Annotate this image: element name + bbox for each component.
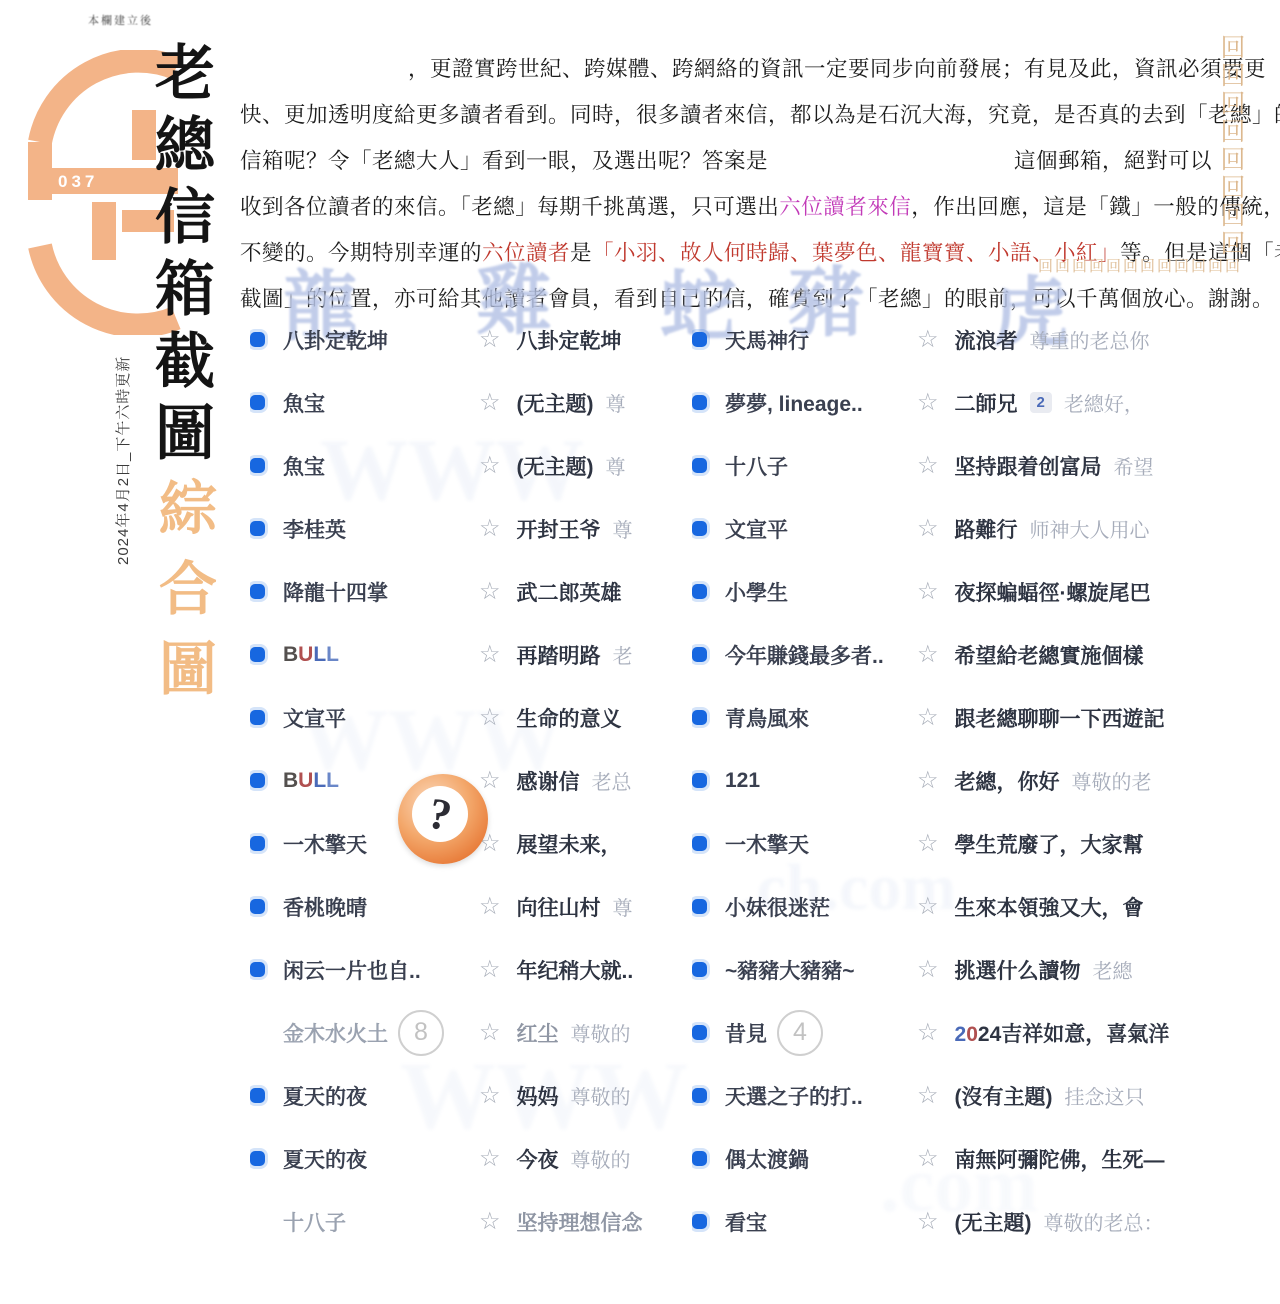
- meander-glyph: 回: [1218, 230, 1248, 258]
- star-icon[interactable]: ☆: [479, 1081, 501, 1110]
- unread-dot-icon: [692, 1214, 707, 1229]
- star-icon[interactable]: ☆: [479, 514, 501, 543]
- masthead-subtitle: 綜合圖: [156, 470, 220, 710]
- text-segment: L: [326, 769, 339, 793]
- intro-line-left: 信箱呢？令「老總大人」看到一眼，及選出呢？答案是: [240, 138, 768, 184]
- mail-row[interactable]: 金木水火土8☆红尘尊敬的: [250, 1001, 690, 1064]
- mail-preview: 尊敬的: [571, 1018, 631, 1047]
- masthead-title: 老總信箱截圖: [150, 38, 220, 470]
- unread-dot-icon: [250, 647, 265, 662]
- unread-dot-icon: [692, 836, 707, 851]
- mail-subject: 向往山村: [517, 892, 601, 922]
- text-segment: B: [283, 643, 298, 667]
- sender-name: 夢夢, lineage..: [725, 388, 917, 418]
- mail-preview: 老总: [592, 766, 632, 795]
- star-icon[interactable]: ☆: [479, 703, 501, 732]
- sender-name: 小學生: [725, 577, 917, 607]
- star-icon[interactable]: ☆: [917, 325, 939, 354]
- text-segment: L: [313, 769, 326, 793]
- unread-dot-icon: [692, 1151, 707, 1166]
- mail-subject: 感谢信: [517, 766, 580, 796]
- star-icon[interactable]: ☆: [479, 1018, 501, 1047]
- text-segment: ，更證實跨世紀、跨媒體、跨網絡的資訊一定要同步向前發展；有見及此，資訊必須要更: [408, 57, 1266, 81]
- mail-row[interactable]: 天選之子的打..☆(沒有主題)挂念这只: [692, 1064, 1218, 1127]
- sender-name: 今年賺錢最多者..: [725, 640, 917, 670]
- mail-preview: 希望: [1114, 451, 1154, 480]
- unread-dot-icon: [250, 1151, 265, 1166]
- mail-row[interactable]: 青鳥風來☆跟老總聊聊一下西遊記: [692, 686, 1218, 749]
- star-icon[interactable]: ☆: [479, 325, 501, 354]
- star-icon[interactable]: ☆: [917, 892, 939, 921]
- mail-subject: 生命的意义: [517, 703, 622, 733]
- sender-name: BULL: [283, 643, 479, 667]
- unread-dot-icon: [692, 899, 707, 914]
- mail-row[interactable]: 一木擎天☆學生荒廢了，大家幫: [692, 812, 1218, 875]
- text-segment: 六位讀者來信: [779, 195, 911, 219]
- unread-dot-icon: [692, 521, 707, 536]
- date-vertical: 2024年4月2日_下午六時更新: [112, 300, 133, 565]
- intro-line-right: 這個郵箱，絕對可以: [1014, 138, 1212, 184]
- unread-dot-icon: [250, 521, 265, 536]
- circled-number-badge: 4: [777, 1010, 823, 1056]
- sender-name: 闲云一片也自..: [283, 955, 479, 985]
- star-icon[interactable]: ☆: [479, 892, 501, 921]
- masthead-title-char: 圖: [155, 398, 215, 470]
- question-mark-icon: ?: [412, 786, 468, 842]
- mail-row[interactable]: 今年賺錢最多者..☆希望給老總實施個樣: [692, 623, 1218, 686]
- masthead-subtitle-char: 圖: [159, 630, 217, 710]
- unread-dot-icon: [692, 458, 707, 473]
- unread-dot-icon: [250, 836, 265, 851]
- mail-preview: 尊敬的老: [1072, 766, 1152, 795]
- unread-dot-icon: [250, 395, 265, 410]
- mail-list-right: 天馬神行☆流浪者尊重的老总你夢夢, lineage..☆二師兄2老總好，十八子☆…: [692, 308, 1218, 1254]
- mail-subject: 學生荒廢了，大家幫: [955, 829, 1144, 859]
- circled-number-badge: 8: [398, 1010, 444, 1056]
- sender-name: 小妹很迷茫: [725, 892, 917, 922]
- mail-subject: 流浪者: [955, 325, 1018, 355]
- text-segment: L: [326, 643, 339, 667]
- mail-preview: 尊敬的老总：: [1044, 1207, 1164, 1236]
- mail-row[interactable]: 李桂英☆开封王爷尊: [250, 497, 690, 560]
- mail-preview: 尊: [613, 514, 633, 543]
- star-icon[interactable]: ☆: [917, 766, 939, 795]
- star-icon[interactable]: ☆: [917, 577, 939, 606]
- text-segment: L: [313, 643, 326, 667]
- unread-dot-icon: [250, 710, 265, 725]
- star-icon[interactable]: ☆: [479, 1207, 501, 1236]
- mail-subject: 跟老總聊聊一下西遊記: [955, 703, 1165, 733]
- star-icon[interactable]: ☆: [917, 514, 939, 543]
- unread-dot-icon: [692, 584, 707, 599]
- meander-border-vertical: 回回回回回回回回: [1218, 34, 1248, 258]
- unread-dot-icon: [692, 1025, 707, 1040]
- mail-row[interactable]: 夢夢, lineage..☆二師兄2老總好，: [692, 371, 1218, 434]
- mail-preview: 尊敬的: [571, 1081, 631, 1110]
- mail-subject: 红尘: [517, 1018, 559, 1048]
- text-segment: 這個郵箱，絕對可以: [1014, 149, 1212, 173]
- meander-glyph: 回: [1218, 202, 1248, 230]
- mail-preview: 老總: [1093, 955, 1133, 984]
- meander-glyph: 回: [1218, 34, 1248, 62]
- mail-row[interactable]: 小學生☆夜探蝙蝠徑·螺旋尾巴: [692, 560, 1218, 623]
- text-segment: 是: [570, 241, 592, 265]
- mail-subject: 展望未来，: [517, 829, 622, 859]
- sender-name: 昔見4: [725, 1010, 917, 1056]
- mail-subject: 再踏明路: [517, 640, 601, 670]
- text-segment: 信箱呢？令「老總大人」看到一眼，及選出呢？答案是: [240, 149, 768, 173]
- mail-row[interactable]: 昔見4☆2024吉祥如意，喜氣洋: [692, 1001, 1218, 1064]
- mail-subject: (沒有主題): [955, 1081, 1053, 1111]
- star-icon[interactable]: ☆: [917, 829, 939, 858]
- star-icon[interactable]: ☆: [917, 703, 939, 732]
- text-segment: 快、更加透明度給更多讀者看到。同時，很多讀者來信，都以為是石沉大海，究竟，是否真…: [240, 103, 1280, 127]
- star-icon[interactable]: ☆: [479, 766, 501, 795]
- mail-row[interactable]: 十八子☆坚持理想信念: [250, 1190, 690, 1253]
- star-icon[interactable]: ☆: [917, 955, 939, 984]
- mail-row[interactable]: 文宣平☆生命的意义: [250, 686, 690, 749]
- mail-subject: 武二郎英雄: [517, 577, 622, 607]
- text-segment: 0: [966, 1023, 978, 1046]
- star-icon[interactable]: ☆: [917, 640, 939, 669]
- mail-subject: 南無阿彌陀佛，生死—: [955, 1144, 1165, 1174]
- unread-dot-icon: [250, 899, 265, 914]
- mail-subject: 开封王爷: [517, 514, 601, 544]
- masthead-title-char: 箱: [155, 254, 215, 326]
- sender-name: 十八子: [725, 451, 917, 481]
- masthead-subtitle-char: 合: [159, 550, 217, 630]
- question-ball: ?: [398, 774, 488, 864]
- text-segment: U: [298, 769, 313, 793]
- sender-name: 香桃晚晴: [283, 892, 479, 922]
- mail-row[interactable]: 天馬神行☆流浪者尊重的老总你: [692, 308, 1218, 371]
- mail-subject: 夜探蝙蝠徑·螺旋尾巴: [955, 577, 1151, 607]
- mail-row[interactable]: 闲云一片也自..☆年纪稍大就..: [250, 938, 690, 1001]
- mail-subject: 今夜: [517, 1144, 559, 1174]
- mail-subject: 希望給老總實施個樣: [955, 640, 1144, 670]
- sender-name: ~豬豬大豬豬~: [725, 955, 917, 985]
- mail-preview: 挂念这只: [1065, 1081, 1145, 1110]
- sender-name: 偶太渡鍋: [725, 1144, 917, 1174]
- text-segment: B: [283, 769, 298, 793]
- masthead-title-char: 截: [155, 326, 215, 398]
- intro-line: 收到各位讀者的來信。「老總」每期千挑萬選，只可選出六位讀者來信，作出回應，這是「…: [240, 184, 1212, 230]
- unread-dot-icon: [250, 773, 265, 788]
- unread-dot-icon: [692, 395, 707, 410]
- sender-name: 降龍十四掌: [283, 577, 479, 607]
- star-icon[interactable]: ☆: [479, 640, 501, 669]
- sender-name: 李桂英: [283, 514, 479, 544]
- page-number: 037: [58, 172, 98, 192]
- mail-row[interactable]: 121☆老總，你好尊敬的老: [692, 749, 1218, 812]
- star-icon[interactable]: ☆: [479, 955, 501, 984]
- sender-name: 青鳥風來: [725, 703, 917, 733]
- mail-preview: 尊: [606, 451, 626, 480]
- text-segment: U: [298, 643, 313, 667]
- meander-glyph: 回: [1218, 62, 1248, 90]
- mail-preview: 师神大人用心: [1030, 514, 1150, 543]
- mail-preview: 尊: [606, 388, 626, 417]
- mail-subject: 二師兄: [955, 388, 1018, 418]
- mail-preview: 尊敬的: [571, 1144, 631, 1173]
- sender-name: 天馬神行: [725, 325, 917, 355]
- unread-dot-icon: [692, 647, 707, 662]
- mail-subject: (无主題): [955, 1207, 1032, 1237]
- mail-row[interactable]: 小妹很迷茫☆生來本領強又大，會: [692, 875, 1218, 938]
- star-icon[interactable]: ☆: [479, 388, 501, 417]
- sender-name: 天選之子的打..: [725, 1081, 917, 1111]
- star-icon[interactable]: ☆: [917, 1081, 939, 1110]
- mail-subject: 老總，你好: [955, 766, 1060, 796]
- sender-name: 看宝: [725, 1207, 917, 1237]
- unread-dot-icon: [250, 584, 265, 599]
- sender-name: 文宣平: [725, 514, 917, 544]
- masthead-title-char: 老: [155, 38, 215, 110]
- sender-name: 十八子: [283, 1207, 479, 1237]
- mail-row[interactable]: 夏天的夜☆妈妈尊敬的: [250, 1064, 690, 1127]
- mail-row[interactable]: 魚宝☆(无主题)尊: [250, 371, 690, 434]
- mail-subject: (无主题): [517, 451, 594, 481]
- mail-preview: 老總好，: [1064, 388, 1144, 417]
- mail-subject: 年纪稍大就..: [517, 955, 634, 985]
- mail-preview: 尊: [613, 892, 633, 921]
- sender-name: 魚宝: [283, 388, 479, 418]
- star-icon[interactable]: ☆: [917, 388, 939, 417]
- text-segment: 24: [978, 1023, 1001, 1046]
- mail-row[interactable]: BULL☆再踏明路老: [250, 623, 690, 686]
- unread-dot-icon: [692, 773, 707, 788]
- intro-line: 信箱呢？令「老總大人」看到一眼，及選出呢？答案是這個郵箱，絕對可以: [240, 138, 1212, 184]
- text-segment: 不變的。今期特別幸運的: [240, 241, 482, 265]
- star-icon[interactable]: ☆: [479, 577, 501, 606]
- masthead-title-char: 信: [155, 182, 215, 254]
- sender-name: 121: [725, 769, 917, 793]
- star-icon[interactable]: ☆: [917, 451, 939, 480]
- count-badge: 2: [1030, 392, 1052, 413]
- unread-dot-icon: [692, 332, 707, 347]
- meander-glyph: 回: [1218, 146, 1248, 174]
- unread-dot-icon: [250, 332, 265, 347]
- unread-dot-icon: [250, 458, 265, 473]
- mail-subject: 生來本領強又大，會: [955, 892, 1144, 922]
- mail-row[interactable]: ~豬豬大豬豬~☆挑選什么讀物老總: [692, 938, 1218, 1001]
- mail-subject: 坚持跟着创富局: [955, 451, 1102, 481]
- mail-preview: 老: [613, 640, 633, 669]
- mail-preview: 尊重的老总你: [1030, 325, 1150, 354]
- unread-dot-icon: [692, 710, 707, 725]
- star-icon[interactable]: ☆: [479, 1144, 501, 1173]
- masthead-title-char: 總: [155, 110, 215, 182]
- star-icon[interactable]: ☆: [479, 451, 501, 480]
- mail-subject: 挑選什么讀物: [955, 955, 1081, 985]
- star-icon[interactable]: ☆: [917, 1018, 939, 1047]
- sender-name: 夏天的夜: [283, 1144, 479, 1174]
- mail-row[interactable]: 十八子☆坚持跟着创富局希望: [692, 434, 1218, 497]
- unread-dot-icon: [250, 1088, 265, 1103]
- mail-subject: 2024吉祥如意，喜氣洋: [955, 1018, 1170, 1048]
- sender-name: 金木水火土8: [283, 1010, 479, 1056]
- mail-row[interactable]: 看宝☆(无主題)尊敬的老总：: [692, 1190, 1218, 1253]
- intro-line: ，更證實跨世紀、跨媒體、跨網絡的資訊一定要同步向前發展；有見及此，資訊必須要更: [240, 46, 1212, 92]
- text-segment: 吉祥如意，喜氣洋: [1001, 1023, 1169, 1046]
- meander-glyph: 回: [1218, 90, 1248, 118]
- mail-list-left: 八卦定乾坤☆八卦定乾坤魚宝☆(无主题)尊魚宝☆(无主题)尊李桂英☆开封王爷尊降龍…: [250, 308, 690, 1254]
- star-icon[interactable]: ☆: [917, 1207, 939, 1236]
- sender-name: 一木擎天: [725, 829, 917, 859]
- text-segment: 收到各位讀者的來信。「老總」每期千挑萬選，只可選出: [240, 195, 779, 219]
- mail-subject: 路難行: [955, 514, 1018, 544]
- unread-dot-icon: [692, 962, 707, 977]
- sender-name: 夏天的夜: [283, 1081, 479, 1111]
- unread-dot-icon: [250, 962, 265, 977]
- intro-line: 快、更加透明度給更多讀者看到。同時，很多讀者來信，都以為是石沉大海，究竟，是否真…: [240, 92, 1212, 138]
- meander-glyph: 回: [1218, 174, 1248, 202]
- text-segment: 2: [955, 1023, 967, 1046]
- masthead-subtitle-char: 綜: [159, 470, 217, 550]
- mail-subject: 妈妈: [517, 1081, 559, 1111]
- unread-dot-icon: [692, 1088, 707, 1103]
- mail-subject: 坚持理想信念: [517, 1207, 643, 1237]
- mail-row[interactable]: 八卦定乾坤☆八卦定乾坤: [250, 308, 690, 371]
- mail-subject: (无主题): [517, 388, 594, 418]
- mail-subject: 八卦定乾坤: [517, 325, 622, 355]
- star-icon[interactable]: ☆: [917, 1144, 939, 1173]
- mail-row[interactable]: 偶太渡鍋☆南無阿彌陀佛，生死—: [692, 1127, 1218, 1190]
- sender-name: 文宣平: [283, 703, 479, 733]
- sender-name: 魚宝: [283, 451, 479, 481]
- meander-glyph: 回: [1218, 118, 1248, 146]
- mail-row[interactable]: 文宣平☆路難行师神大人用心: [692, 497, 1218, 560]
- mail-row[interactable]: 降龍十四掌☆武二郎英雄: [250, 560, 690, 623]
- mail-row[interactable]: 香桃晚晴☆向往山村尊: [250, 875, 690, 938]
- mail-row[interactable]: 夏天的夜☆今夜尊敬的: [250, 1127, 690, 1190]
- magazine-page: 本欄建立後 037 老總信箱截圖 綜合圖 2024年4月2日_下午六時更新 ，更…: [0, 0, 1280, 1304]
- mail-row[interactable]: 魚宝☆(无主题)尊: [250, 434, 690, 497]
- corner-note: 本欄建立後: [88, 12, 153, 28]
- sender-name: 八卦定乾坤: [283, 325, 479, 355]
